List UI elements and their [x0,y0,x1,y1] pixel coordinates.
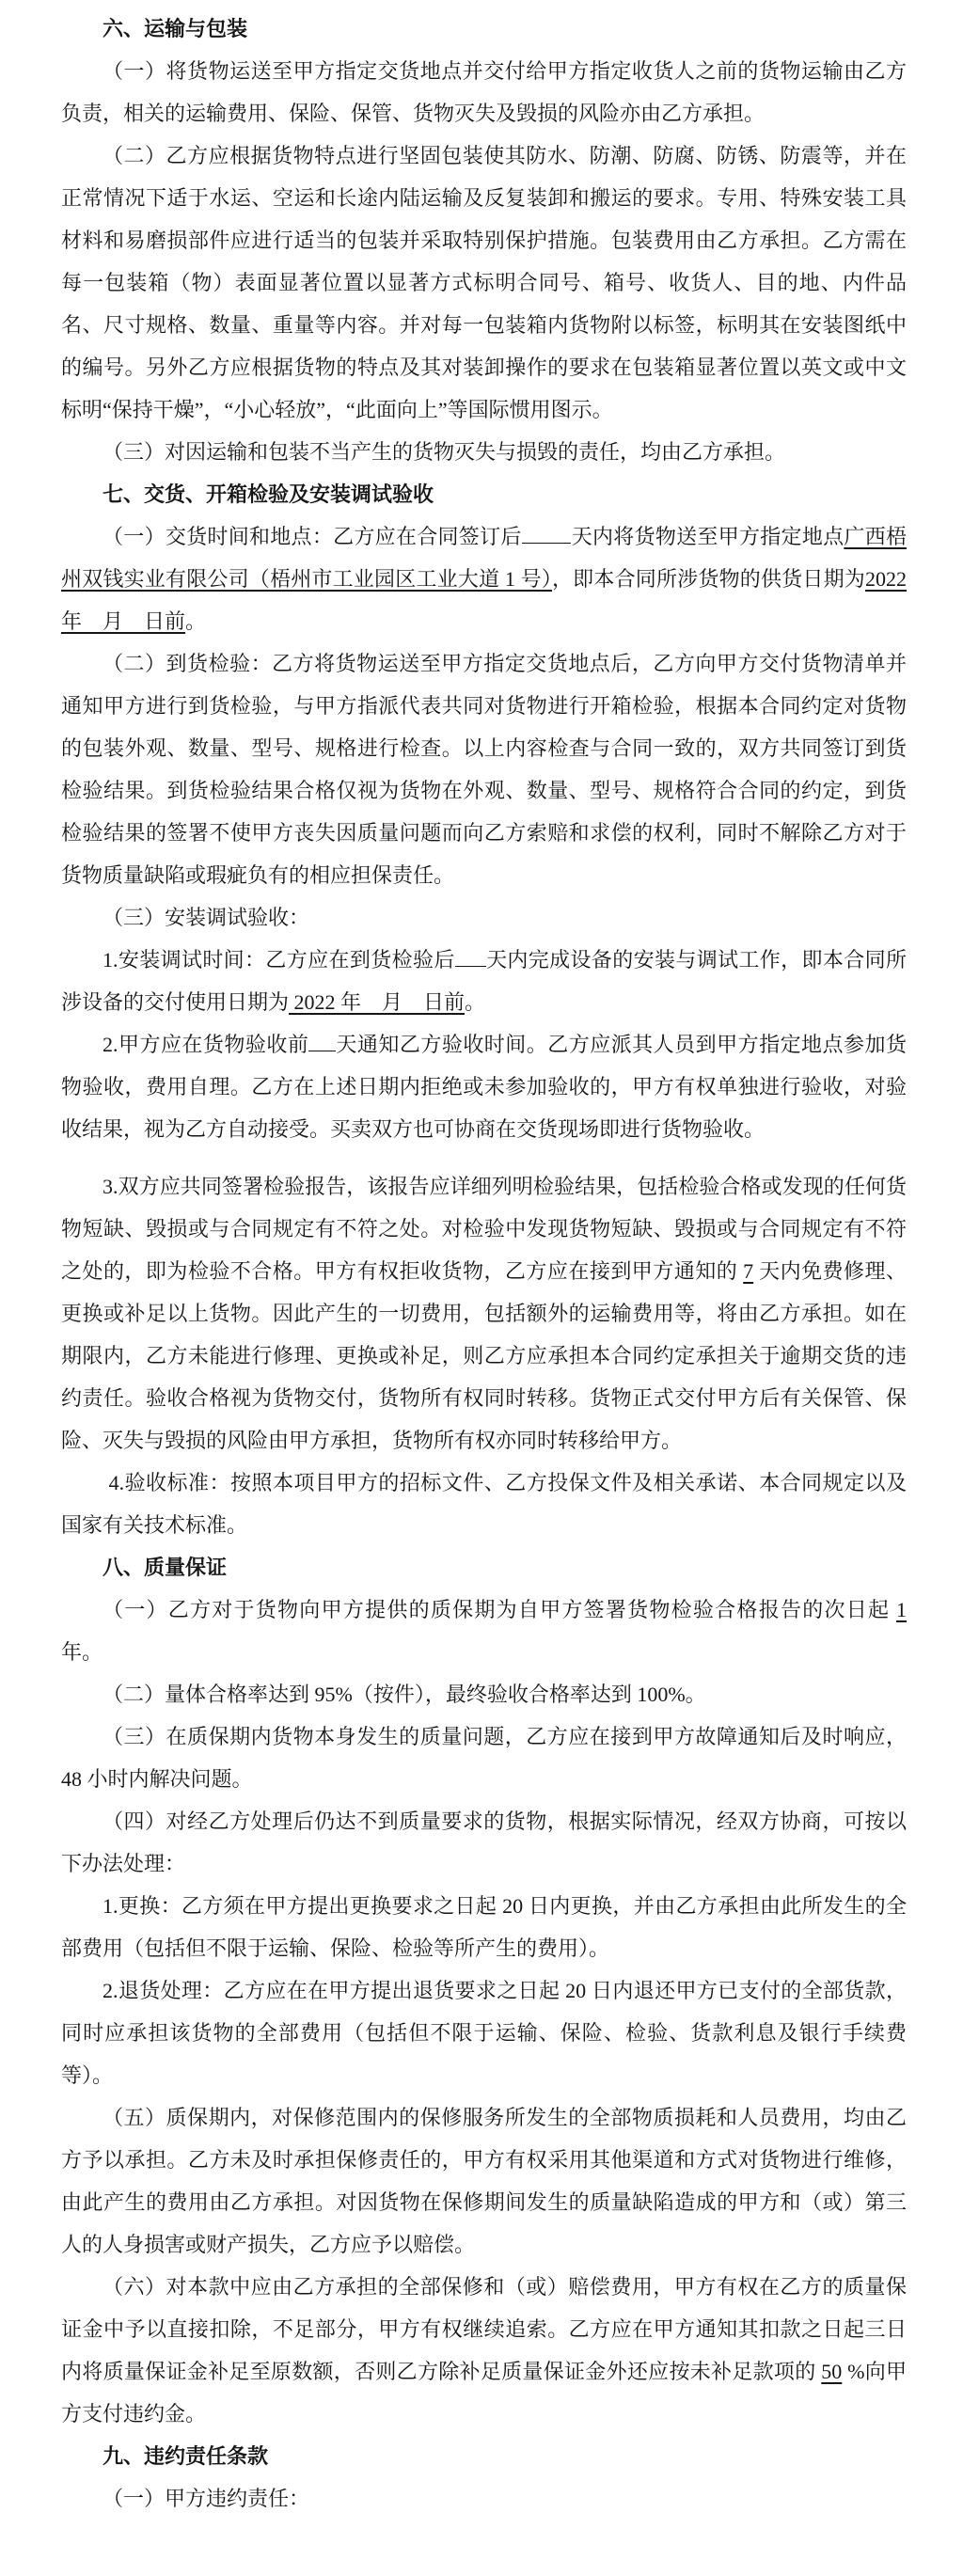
text-run: （五）质保期内，对保修范围内的保修服务所发生的全部物质损耗和人员费用，均由乙方予… [61,2106,907,2256]
contract-section: 九、违约责任条款（一）甲方违约责任： [61,2435,907,2520]
paragraph: （三）在质保期内货物本身发生的质量问题，乙方应在接到甲方故障通知后及时响应，48… [61,1715,907,1800]
contract-section: 七、交货、开箱检验及安装调试验收（一）交货时间和地点：乙方应在合同签订后天内将货… [61,473,907,1546]
underlined-text: 7 [743,1259,753,1283]
text-run: （四）对经乙方处理后仍达不到质量要求的货物，根据实际情况，经双方协商，可按以下办… [61,1810,907,1875]
text-run: 4.验收标准：按照本项目甲方的招标文件、乙方投保文件及相关承诺、本合同规定以及国… [61,1471,907,1537]
text-run: （二）乙方应根据货物特点进行坚固包装使其防水、防潮、防腐、防锈、防震等，并在正常… [61,144,907,421]
text-run: （一）甲方违约责任： [103,2487,309,2510]
text-run: （一）将货物运送至甲方指定交货地点并交付给甲方指定收货人之前的货物运输由乙方负责… [61,59,907,125]
text-run: 1.安装调试时间：乙方应在到货检验后 [103,948,455,972]
underlined-text: 50 [821,2360,842,2383]
text-run: 年。 [61,1640,103,1664]
paragraph: （一）将货物运送至甲方指定交货地点并交付给甲方指定收货人之前的货物运输由乙方负责… [61,50,907,134]
paragraph: 2.退货处理：乙方应在在甲方提出退货要求之日起 20 日内退还甲方已支付的全部货… [61,1969,907,2096]
paragraph: （二）到货检验：乙方将货物运送至甲方指定交货地点后，乙方向甲方交付货物清单并通知… [61,642,907,896]
paragraph: （一）乙方对于货物向甲方提供的质保期为自甲方签署货物检验合格报告的次日起 1 年… [61,1588,907,1673]
text-run: （一）乙方对于货物向甲方提供的质保期为自甲方签署货物检验合格报告的次日起 [103,1598,896,1621]
paragraph: 4.验收标准：按照本项目甲方的招标文件、乙方投保文件及相关承诺、本合同规定以及国… [61,1462,907,1546]
text-run: （一）交货时间和地点：乙方应在合同签订后 [103,525,522,548]
paragraph: 3.双方应共同签署检验报告，该报告应详细列明检验结果，包括检验合格或发现的任何货… [61,1165,907,1462]
section-heading: 九、违约责任条款 [61,2435,907,2477]
contract-document: 六、运输与包装（一）将货物运送至甲方指定交货地点并交付给甲方指定收货人之前的货物… [0,0,963,2576]
text-run: 天内免费修理、更换或补足以上货物。因此产生的一切费用，包括额外的运输费用等，将由… [61,1259,907,1452]
paragraph: （六）对本款中应由乙方承担的全部保修和（或）赔偿费用，甲方有权在乙方的质量保证金… [61,2266,907,2435]
paragraph: （二）乙方应根据货物特点进行坚固包装使其防水、防潮、防腐、防锈、防震等，并在正常… [61,134,907,431]
text-run: ，即本合同所涉货物的供货日期为 [552,567,865,591]
text-run: 1.更换：乙方须在甲方提出更换要求之日起 20 日内更换，并由乙方承担由此所发生… [61,1894,907,1960]
paragraph: （一）甲方违约责任： [61,2477,907,2520]
blank-fill-in-field [455,947,486,967]
text-run: 天内将货物送至甲方指定地点 [571,525,844,548]
paragraph: 2.甲方应在货物验收前天通知乙方验收时间。乙方应派其人员到甲方指定地点参加货物验… [61,1023,907,1150]
paragraph: （一）交货时间和地点：乙方应在合同签订后天内将货物送至甲方指定地点广西梧州双钱实… [61,515,907,642]
section-heading: 八、质量保证 [61,1546,907,1588]
text-run: （三）对因运输和包装不当产生的货物灭失与损毁的责任，均由乙方承担。 [103,440,785,464]
text-run: 。 [185,609,206,633]
text-run: （六）对本款中应由乙方承担的全部保修和（或）赔偿费用，甲方有权在乙方的质量保证金… [61,2275,907,2383]
paragraph: 1.更换：乙方须在甲方提出更换要求之日起 20 日内更换，并由乙方承担由此所发生… [61,1885,907,1969]
text-run: （二）量体合格率达到 95%（按件），最终验收合格率达到 100%。 [103,1683,706,1706]
paragraph: 1.安装调试时间：乙方应在到货检验后天内完成设备的安装与调试工作，即本合同所涉设… [61,939,907,1023]
paragraph: （二）量体合格率达到 95%（按件），最终验收合格率达到 100%。 [61,1673,907,1715]
text-run: 2.甲方应在货物验收前 [103,1033,308,1056]
paragraph: （三）安装调试验收： [61,896,907,939]
text-run: （三）在质保期内货物本身发生的质量问题，乙方应在接到甲方故障通知后及时响应，48… [61,1725,907,1791]
section-heading: 六、运输与包装 [61,8,907,50]
underlined-text: 2022 年 月 日前 [289,990,465,1014]
blank-fill-in-field [522,524,572,544]
blank-fill-in-field [308,1032,336,1051]
section-heading: 七、交货、开箱检验及安装调试验收 [61,473,907,515]
paragraph: （三）对因运输和包装不当产生的货物灭失与损毁的责任，均由乙方承担。 [61,431,907,473]
text-run: （二）到货检验：乙方将货物运送至甲方指定交货地点后，乙方向甲方交付货物清单并通知… [61,652,907,887]
text-run: （三）安装调试验收： [103,906,309,929]
text-run: 。 [465,990,485,1014]
text-run: 2.退货处理：乙方应在在甲方提出退货要求之日起 20 日内退还甲方已支付的全部货… [61,1979,907,2087]
paragraph: （四）对经乙方处理后仍达不到质量要求的货物，根据实际情况，经双方协商，可按以下办… [61,1800,907,1885]
contract-section: 六、运输与包装（一）将货物运送至甲方指定交货地点并交付给甲方指定收货人之前的货物… [61,8,907,473]
underlined-text: 1 [896,1598,907,1621]
paragraph: （五）质保期内，对保修范围内的保修服务所发生的全部物质损耗和人员费用，均由乙方予… [61,2096,907,2266]
contract-section: 八、质量保证（一）乙方对于货物向甲方提供的质保期为自甲方签署货物检验合格报告的次… [61,1546,907,2435]
